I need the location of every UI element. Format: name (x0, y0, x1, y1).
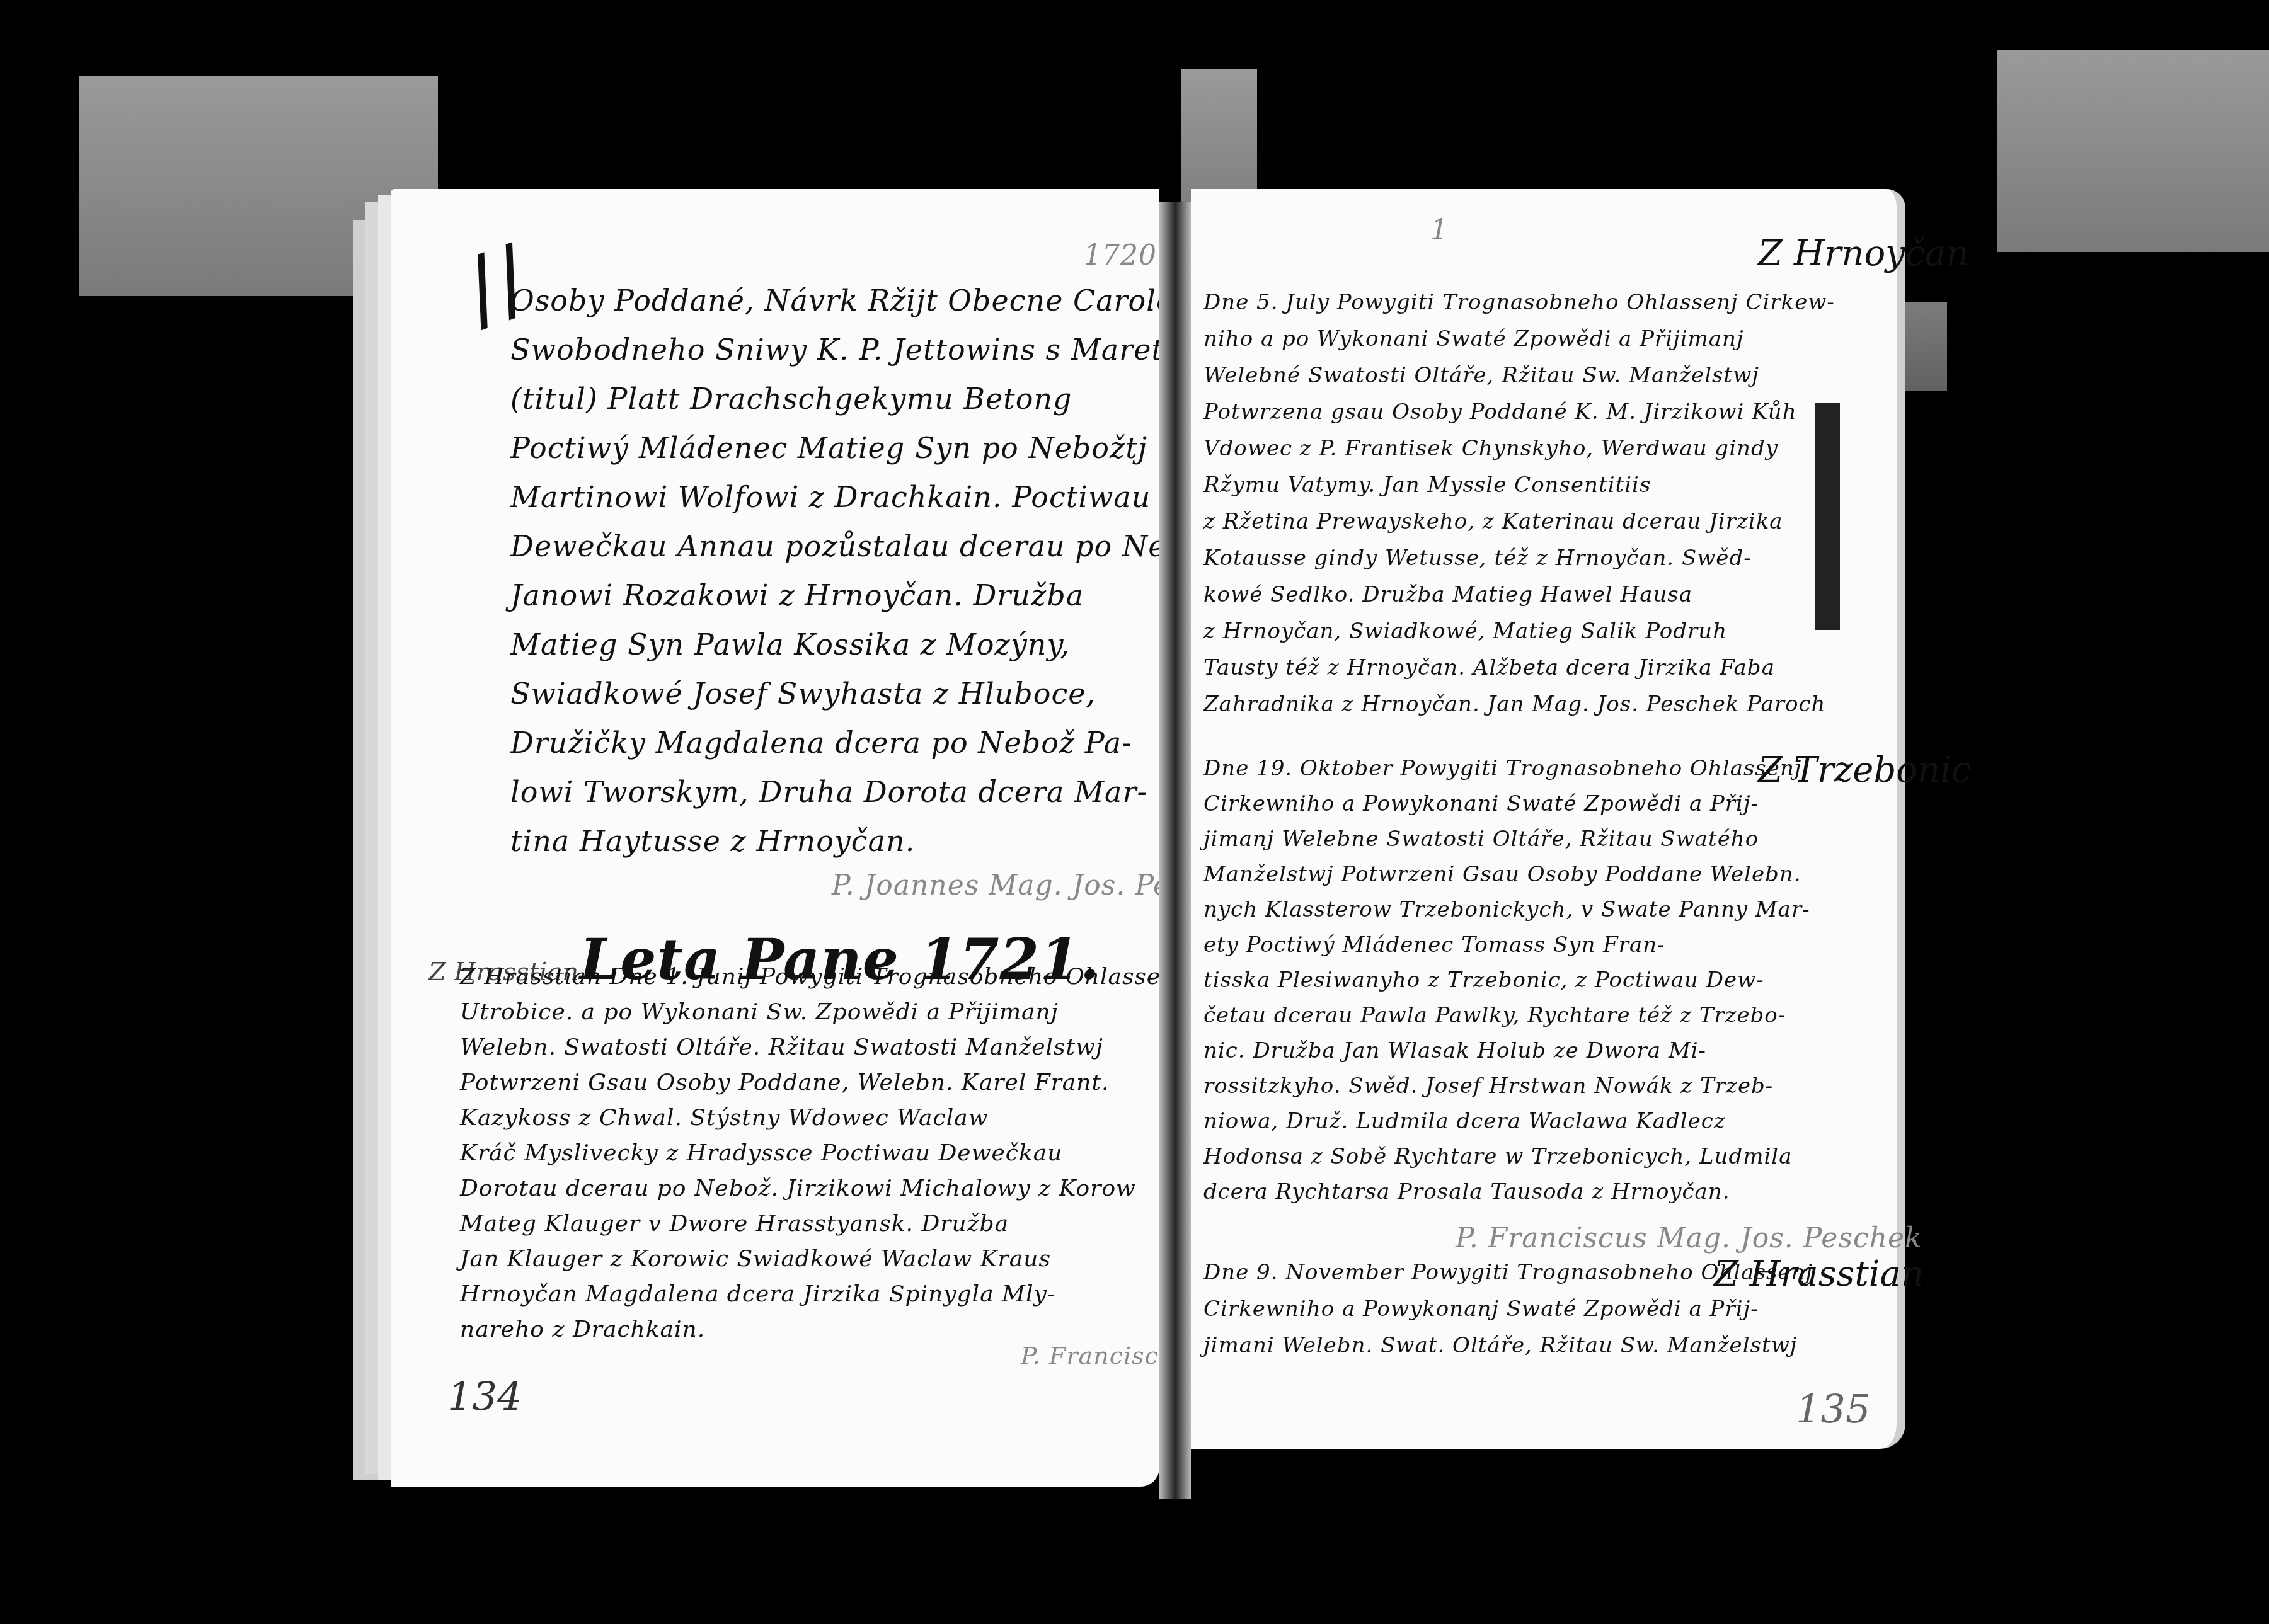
manuscript-line: (titul) Platt Drachschgekymu Betong (510, 382, 1072, 416)
left-page: 1720 // Osoby Poddané, Návrk Ržijt Obecn… (391, 189, 1159, 1487)
manuscript-line: rossitzkyho. Swěd. Josef Hrstwan Nowák z… (1203, 1073, 1773, 1099)
manuscript-line: Kazykoss z Chwal. Stýstny Wdowec Waclaw (460, 1105, 988, 1131)
manuscript-line: Poctiwý Mládenec Matieg Syn po Nebožtj (510, 431, 1147, 465)
manuscript-line: nareho z Drachkain. (460, 1317, 705, 1342)
manuscript-line: nic. Družba Jan Wlasak Holub ze Dwora Mi… (1203, 1038, 1706, 1063)
scanner-clamp-right (1997, 50, 2269, 252)
manuscript-line: Swiadkowé Josef Swyhasta z Hluboce, (510, 677, 1096, 711)
manuscript-line: četau dcerau Pawla Pawlky, Rychtare též … (1203, 1003, 1786, 1028)
manuscript-line: Swobodneho Sniwy K. P. Jettowins s Maret… (510, 333, 1267, 367)
manuscript-line: tisska Plesiwanyho z Trzebonic, z Poctiw… (1203, 968, 1764, 993)
manuscript-line: jimani Welebn. Swat. Oltáře, Ržitau Sw. … (1203, 1333, 1797, 1358)
year-note: 1720 (1084, 239, 1157, 272)
manuscript-line: Potwrzeni Gsau Osoby Poddane, Welebn. Ka… (460, 1070, 1109, 1095)
manuscript-line: niho a po Wykonani Swaté Zpowědi a Přiji… (1203, 326, 1744, 352)
manuscript-line: z Ržetina Prewayskeho, z Katerinau dcera… (1203, 509, 1783, 534)
manuscript-line: jimanj Welebne Swatosti Oltáře, Ržitau S… (1203, 826, 1759, 852)
manuscript-line: Matieg Syn Pawla Kossika z Mozýny, (510, 627, 1070, 661)
manuscript-line: Potwrzena gsau Osoby Poddané K. M. Jirzi… (1203, 399, 1797, 425)
manuscript-line: Martinowi Wolfowi z Drachkain. Poctiwau (510, 480, 1151, 514)
manuscript-line: Osoby Poddané, Návrk Ržijt Obecne Carolo… (510, 283, 1265, 317)
book-strap (1815, 403, 1840, 630)
manuscript-line: Mateg Klauger v Dwore Hrasstyansk. Družb… (460, 1211, 1009, 1237)
manuscript-line: Kotausse gindy Wetusse, též z Hrnoyčan. … (1203, 546, 1752, 571)
right-entry-2-signature: P. Franciscus Mag. Jos. Peschek (1456, 1222, 1922, 1254)
right-page: 1 Z Hrnoyčan Z Trzebonic Z Hrasstian Dne… (1191, 189, 1905, 1449)
manuscript-line: Welebn. Swatosti Oltáře. Ržitau Swatosti… (460, 1034, 1103, 1060)
manuscript-line: Hrnoyčan Magdalena dcera Jirzika Spinygl… (460, 1281, 1055, 1307)
open-register-book: 1720 // Osoby Poddané, Návrk Ržijt Obecn… (296, 189, 1909, 1499)
manuscript-line: ety Poctiwý Mládenec Tomass Syn Fran- (1203, 932, 1665, 958)
manuscript-line: Utrobice. a po Wykonani Sw. Zpowědi a Př… (460, 999, 1059, 1025)
right-page-number: 135 (1796, 1386, 1870, 1432)
manuscript-line: Kráč Myslivecky z Hradyssce Poctiwau Dew… (460, 1140, 1062, 1166)
manuscript-line: kowé Sedlko. Družba Matieg Hawel Hausa (1203, 582, 1692, 607)
manuscript-line: Dorotau dcerau po Nebož. Jirzikowi Micha… (460, 1175, 1136, 1201)
top-mark: 1 (1430, 214, 1449, 246)
manuscript-line: Dne 9. November Powygiti Trognasobneho O… (1203, 1260, 1813, 1285)
manuscript-line: dcera Rychtarsa Prosala Tausoda z Hrnoyč… (1203, 1179, 1730, 1204)
manuscript-line: Manželstwj Potwrzeni Gsau Osoby Poddane … (1203, 862, 1801, 887)
manuscript-line: nych Klassterow Trzebonickych, v Swate P… (1203, 897, 1810, 922)
manuscript-line: Cirkewniho a Powykonanj Swaté Zpowědi a … (1203, 1296, 1759, 1322)
book-gutter (1159, 202, 1191, 1499)
manuscript-line: Dewečkau Annau pozůstalau dcerau po Nebo… (510, 529, 1219, 563)
manuscript-line: tina Haytusse z Hrnoyčan. (510, 824, 915, 858)
manuscript-line: z Hrnoyčan, Swiadkowé, Matieg Salik Podr… (1203, 619, 1727, 644)
margin-note-hrnoycan: Z Hrnoyčan (1758, 233, 1969, 274)
manuscript-line: Welebné Swatosti Oltáře, Ržitau Sw. Manž… (1203, 363, 1759, 388)
manuscript-line: Družičky Magdalena dcera po Nebož Pa- (510, 726, 1132, 760)
manuscript-line: Cirkewniho a Powykonani Swaté Zpowědi a … (1203, 791, 1759, 816)
manuscript-line: Ržymu Vatymy. Jan Myssle Consentitiis (1203, 472, 1651, 498)
manuscript-line: Z Hrasstian Dne 1. Junij Powygiti Trogna… (460, 964, 1183, 990)
manuscript-line: Zahradnika z Hrnoyčan. Jan Mag. Jos. Pes… (1203, 692, 1825, 717)
manuscript-line: Dne 19. Oktober Powygiti Trognasobneho O… (1203, 756, 1801, 781)
left-page-number: 134 (447, 1373, 522, 1419)
manuscript-line: niowa, Druž. Ludmila dcera Waclawa Kadle… (1203, 1109, 1726, 1134)
manuscript-line: Janowi Rozakowi z Hrnoyčan. Družba (510, 578, 1084, 612)
manuscript-line: Jan Klauger z Korowic Swiadkowé Waclaw K… (460, 1246, 1051, 1272)
manuscript-line: Hodonsa z Sobě Rychtare w Trzebonicych, … (1203, 1144, 1792, 1169)
manuscript-line: lowi Tworskym, Druha Dorota dcera Mar- (510, 775, 1147, 809)
manuscript-line: Tausty též z Hrnoyčan. Alžbeta dcera Jir… (1203, 655, 1775, 680)
manuscript-line: Vdowec z P. Frantisek Chynskyho, Werdwau… (1203, 436, 1778, 461)
manuscript-line: Dne 5. July Powygiti Trognasobneho Ohlas… (1203, 290, 1835, 315)
